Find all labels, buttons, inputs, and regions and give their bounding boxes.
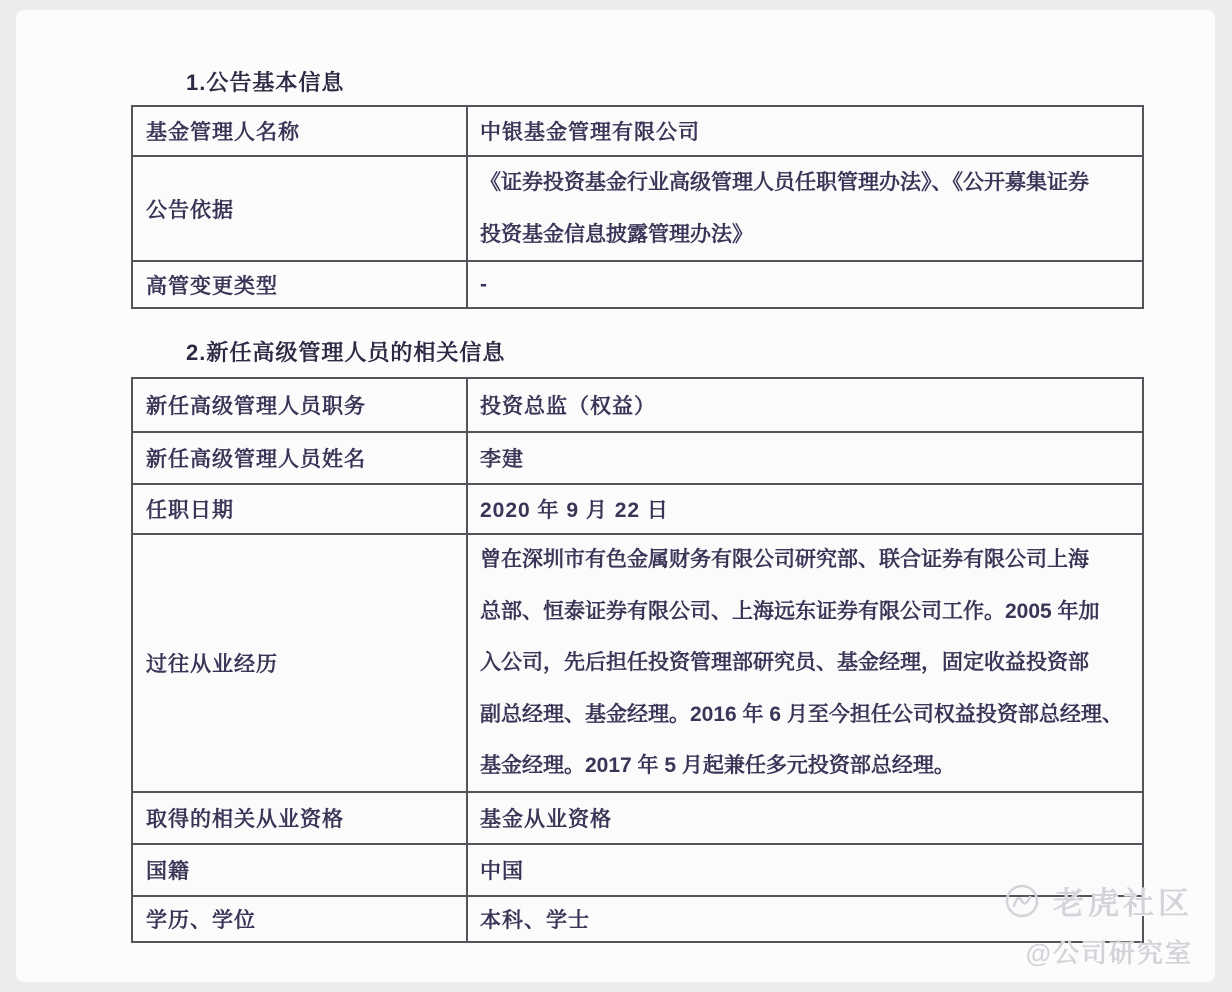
row-label-qualification: 取得的相关从业资格 — [133, 793, 468, 843]
row-label-work-experience: 过往从业经历 — [133, 535, 468, 791]
row-value-work-experience: 曾在深圳市有色金属财务有限公司研究部、联合证券有限公司上海 总部、恒泰证券有限公… — [468, 535, 1142, 791]
row-label-name: 新任高级管理人员姓名 — [133, 433, 468, 483]
row-value-announcement-basis: 《证券投资基金行业高级管理人员任职管理办法》、《公开募集证券 投资基金信息披露管… — [468, 157, 1142, 260]
watermark-brand-text: 老虎社区 — [1053, 878, 1193, 923]
table-row: 公告依据 《证券投资基金行业高级管理人员任职管理办法》、《公开募集证券 投资基金… — [133, 155, 1142, 260]
table-row: 新任高级管理人员姓名 李建 — [133, 431, 1142, 483]
row-value-appointment-date: 2020 年 9 月 22 日 — [468, 485, 1142, 533]
watermark: 老虎社区 @公司研究室 — [1005, 878, 1193, 970]
row-label-appointment-date: 任职日期 — [133, 485, 468, 533]
row-label-announcement-basis: 公告依据 — [133, 157, 468, 260]
section-title-announcement-basic-info: 1.公告基本信息 — [186, 66, 344, 97]
document-page: 1.公告基本信息 基金管理人名称 中银基金管理有限公司 公告依据 《证券投资基金… — [16, 10, 1215, 982]
watermark-handle-text: @公司研究室 — [1005, 933, 1193, 970]
row-label-nationality: 国籍 — [133, 845, 468, 895]
table-row: 过往从业经历 曾在深圳市有色金属财务有限公司研究部、联合证券有限公司上海 总部、… — [133, 533, 1142, 791]
row-value-qualification: 基金从业资格 — [468, 793, 1142, 843]
table-row: 学历、学位 本科、学士 — [133, 895, 1142, 941]
row-label-fund-manager-name: 基金管理人名称 — [133, 107, 468, 155]
row-label-education-degree: 学历、学位 — [133, 897, 468, 941]
table-row: 国籍 中国 — [133, 843, 1142, 895]
table-row: 新任高级管理人员职务 投资总监（权益） — [133, 379, 1142, 431]
table-row: 取得的相关从业资格 基金从业资格 — [133, 791, 1142, 843]
table-row: 高管变更类型 - — [133, 260, 1142, 307]
row-label-executive-change-type: 高管变更类型 — [133, 262, 468, 307]
row-value-fund-manager-name: 中银基金管理有限公司 — [468, 107, 1142, 155]
new-executive-info-table: 新任高级管理人员职务 投资总监（权益） 新任高级管理人员姓名 李建 任职日期 2… — [131, 377, 1144, 943]
table-row: 任职日期 2020 年 9 月 22 日 — [133, 483, 1142, 533]
tiger-icon — [1005, 884, 1039, 918]
row-value-executive-change-type: - — [468, 262, 1142, 307]
announcement-basic-info-table: 基金管理人名称 中银基金管理有限公司 公告依据 《证券投资基金行业高级管理人员任… — [131, 105, 1144, 309]
row-value-name: 李建 — [468, 433, 1142, 483]
row-label-position: 新任高级管理人员职务 — [133, 379, 468, 431]
row-value-position: 投资总监（权益） — [468, 379, 1142, 431]
section-title-new-executive-info: 2.新任高级管理人员的相关信息 — [186, 336, 505, 367]
table-row: 基金管理人名称 中银基金管理有限公司 — [133, 107, 1142, 155]
